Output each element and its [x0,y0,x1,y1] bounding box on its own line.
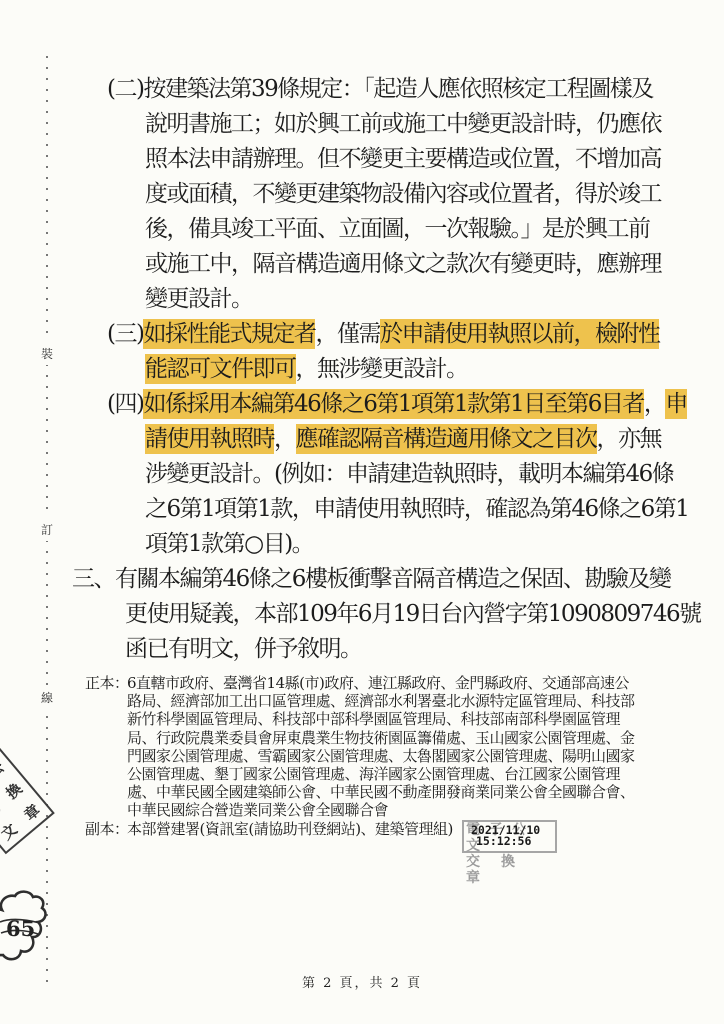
recipient-text: 中華民國綜合營造業同業公會全國聯合會 [127,801,388,819]
text-segment: 函已有明文，併予敘明。 [125,636,362,662]
text-segment: 或施工中，隔音構造適用條文之款次有變更時，應辦理 [145,251,661,277]
recipient-text: 6直轄市政府、臺灣省14縣(市)政府、連江縣政府、金門縣政府、交通部高速公 [127,674,629,692]
body-block-3: 三、有關本編第46條之6樓板衝擊音隔音構造之保固、勘驗及變更使用疑義，本部109… [72,562,672,667]
recipient-line: 正本：6直轄市政府、臺灣省14縣(市)政府、連江縣政府、金門縣政府、交通部高速公 [85,674,675,692]
text-line: 之6第1項第1款，申請使用執照時，確認為第46條之6第1 [107,492,672,527]
highlighted-text: 能認可文件即可 [145,356,296,382]
text-segment: 後，備具竣工平面、立面圖，一次報驗。」是於興工前 [145,216,650,242]
text-line: 說明書施工；如於興工前或施工中變更設計時，仍應依 [107,107,672,142]
body-block-1: (三)如採性能式規定者，僅需於申請使用執照以前，檢附性能認可文件即可，無涉變更設… [107,317,672,387]
recipient-text: 公園管理處、墾丁國家公園管理處、海洋國家公園管理處、台江國家公園管理 [127,765,620,783]
recipient-line: 新竹科學園區管理局、科技部中部科學園區管理局、科技部南部科學園區管理 [85,710,675,728]
recipient-text: 局、行政院農業委員會屏東農業生物技術園區籌備處、玉山國家公園管理處、金 [127,729,635,747]
text-segment: (二)按建築法第39條規定：「起造人應依照核定工程圖樣及 [107,76,653,102]
body-block-0: (二)按建築法第39條規定：「起造人應依照核定工程圖樣及說明書施工；如於興工前或… [107,72,672,317]
highlighted-text: 於申請使用執照以前，檢附性 [380,321,660,347]
text-segment: (四) [107,391,143,417]
text-line: 涉變更設計。(例如：申請建造執照時，載明本編第46條 [107,457,672,492]
text-segment: ， [274,426,296,452]
text-line: 請使用執照時，應確認隔音構造適用條文之目次，亦無 [107,422,672,457]
recipient-line: 局、行政院農業委員會屏東農業生物技術園區籌備處、玉山國家公園管理處、金 [85,729,675,747]
recipient-text: 路局、經濟部加工出口區管理處、經濟部水利署臺北水源特定區管理局、科技部 [127,692,635,710]
page-footer: 第 2 頁，共 2 頁 [0,972,724,991]
text-segment: 照本法申請辦理。但不變更主要構造或位置，不增加高 [145,146,661,172]
recipient-line: 中華民國綜合營造業同業公會全國聯合會 [85,801,675,819]
binding-mark-zhuang: 裝 [38,342,56,365]
recipient-text: 處、中華民國全國建築師公會、中華民國不動產開發商業同業公會全國聯合會、 [127,783,635,801]
text-line: (三)如採性能式規定者，僅需於申請使用執照以前，檢附性 [107,317,672,352]
text-line: 度或面積，不變更建築物設備內容或位置者，得於竣工 [107,177,672,212]
text-line: 或施工中，隔音構造適用條文之款次有變更時，應辦理 [107,247,672,282]
electronic-exchange-stamp: 電子公文 交換章 2021/11/10 15:12:56 [462,820,557,853]
text-segment: 度或面積，不變更建築物設備內容或位置者，得於竣工 [145,181,661,207]
text-segment: ，無涉變更設計。 [296,356,468,382]
text-line: 變更設計。 [107,282,672,317]
document-body: (二)按建築法第39條規定：「起造人應依照核定工程圖樣及說明書施工；如於興工前或… [72,72,672,667]
highlighted-text: 申 [665,391,687,417]
text-segment: 說明書施工；如於興工前或施工中變更設計時，仍應依 [145,111,661,137]
binding-mark-ding: 訂 [38,518,56,541]
text-line: 後，備具竣工平面、立面圖，一次報驗。」是於興工前 [107,212,672,247]
recipient-line: 門國家公園管理處、雪霸國家公園管理處、太魯閣國家公園管理處、陽明山國家 [85,747,675,765]
text-line: (四)如係採用本編第46條之6第1項第1款第1目至第6目者，申 [107,387,672,422]
recipient-line: 公園管理處、墾丁國家公園管理處、海洋國家公園管理處、台江國家公園管理 [85,765,675,783]
seam-stamp-char: 章 [19,799,44,825]
highlighted-text: 如係採用本編第46條之6第1項第1款第1目至第6目者 [143,391,643,417]
seam-stamp-char: 換 [1,777,26,803]
text-segment: 之6第1項第1款，申請使用執照時，確認為第46條之6第1 [145,496,688,522]
text-segment: ，亦無 [597,426,662,452]
stamp-number: 65 [6,916,35,941]
body-block-2: (四)如係採用本編第46條之6第1項第1款第1目至第6目者，申請使用執照時，應確… [107,387,672,562]
text-line: 函已有明文，併予敘明。 [72,632,672,667]
recipient-text: 門國家公園管理處、雪霸國家公園管理處、太魯閣國家公園管理處、陽明山國家 [127,747,635,765]
text-line: 三、有關本編第46條之6樓板衝擊音隔音構造之保固、勘驗及變 [72,562,672,597]
text-line: 照本法申請辦理。但不變更主要構造或位置，不增加高 [107,142,672,177]
text-segment: 更使用疑義，本部109年6月19日台內營字第1090809746號 [125,601,701,627]
page-number-stamp: 65 [0,888,72,978]
recipients-block: 正本：6直轄市政府、臺灣省14縣(市)政府、連江縣政府、金門縣政府、交通部高速公… [85,674,675,838]
seam-stamp-char: 文 [0,818,21,844]
recipient-label: 正本： [85,674,129,692]
highlighted-text: 如採性能式規定者 [143,321,315,347]
highlighted-text: 應確認隔音構造適用條文之目次 [296,426,597,452]
text-segment: 項第1款第○目)。 [145,531,313,557]
text-segment: 變更設計。 [145,286,253,312]
text-segment: 涉變更設計。(例如：申請建造執照時，載明本編第46條 [145,461,673,487]
exchange-stamp-row2-text: 交換章 [466,854,553,886]
text-line: 項第1款第○目)。 [107,527,672,562]
exchange-stamp-time: 15:12:56 [476,834,531,848]
text-line: (二)按建築法第39條規定：「起造人應依照核定工程圖樣及 [107,72,672,107]
exchange-stamp-row2: 交換章 [464,854,555,886]
recipient-text: 本部營建署(資訊室(請協助刊登網站)、建築管理組) [127,820,453,838]
text-segment: ，僅需 [315,321,380,347]
text-line: 更使用疑義，本部109年6月19日台內營字第1090809746號 [72,597,672,632]
text-segment: 三、有關本編第46條之6樓板衝擊音隔音構造之保固、勘驗及變 [72,566,670,592]
highlighted-text: 請使用執照時 [145,426,274,452]
document-page: 裝 訂 線 (二)按建築法第39條規定：「起造人應依照核定工程圖樣及說明書施工；… [0,0,724,1024]
seam-stamp-char: 公 [0,756,8,782]
recipient-line: 處、中華民國全國建築師公會、中華民國不動產開發商業同業公會全國聯合會、 [85,783,675,801]
binding-mark-xian: 線 [38,686,56,709]
recipient-line: 副本：本部營建署(資訊室(請協助刊登網站)、建築管理組) [85,820,675,838]
text-segment: ， [644,391,666,417]
recipient-label: 副本： [85,820,129,838]
text-line: 能認可文件即可，無涉變更設計。 [107,352,672,387]
text-segment: (三) [107,321,143,347]
recipient-line: 路局、經濟部加工出口區管理處、經濟部水利署臺北水源特定區管理局、科技部 [85,692,675,710]
recipient-text: 新竹科學園區管理局、科技部中部科學園區管理局、科技部南部科學園區管理 [127,710,620,728]
seam-stamp-char: 交 [0,797,3,823]
